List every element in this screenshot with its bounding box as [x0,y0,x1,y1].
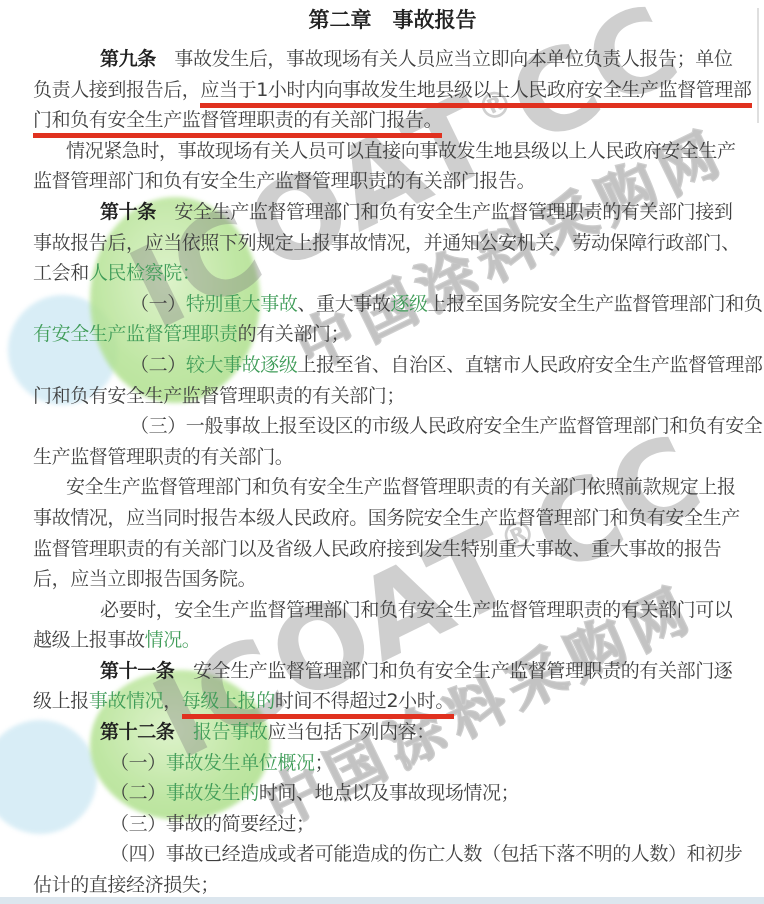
text-line: 事故报告后，应当依照下列规定上报事故情况，并通知公安机关、劳动保障行政部门、 [33,228,752,259]
text-line: （一）特别重大事故、重大事故逐级上报至国务院安全生产监督管理部门和负 [33,289,752,320]
red-underlined-segment: 门和负有安全生产监督管理职责的有关部门报告。 [33,109,442,138]
green-tinted-segment: 报告事故 [193,721,267,743]
text-line: 必要时，安全生产监督管理部门和负有安全生产监督管理职责的有关部门可以 [33,595,752,626]
text-segment: 事故发生后，事故现场有关人员应当立即向本单位负责人报告；单位 [156,48,733,70]
text-segment: （二） [130,354,186,376]
text-segment: 级上报 [33,690,89,712]
text-segment: 后，应当立即报告国务院。 [33,568,256,590]
text-line: 负责人接到报告后，应当于1小时内向事故发生地县级以上人民政府安全生产监督管理部 [33,75,752,106]
text-line: 第九条 事故发生后，事故现场有关人员应当立即向本单位负责人报告；单位 [33,44,752,75]
document-page: ICOAT®CC 中国涂料采购网 ICOAT®CC 中国涂料采购网 第二章 事故… [0,0,764,904]
red-underlined-segment: 每级上报的 [182,690,275,719]
text-line: （三）一般事故上报至设区的市级人民政府安全生产监督管理部门和负有安全 [33,411,752,442]
text-line: （一）事故发生单位概况； [33,748,752,779]
text-line: 后，应当立即报告国务院。 [33,564,752,595]
red-underlined-segment: 应当于1小时内向事故发生地县级以上人民政府安全生产监督管理部 [200,79,751,108]
article-number: 第十二条 [100,721,174,743]
text-segment: （四）事故已经造成或者可能造成的伤亡人数（包括下落不明的人数）和初步 [110,843,742,865]
text-segment: 情况紧急时，事故现场有关人员可以直接向事故发生地县级以上人民政府安全生产 [66,140,736,162]
text-segment: 安全生产监督管理部门和负有安全生产监督管理职责的有关部门依照前款规定上报 [66,476,736,498]
text-segment: ； [315,752,334,774]
text-segment: 负责人接到报告后， [33,79,200,101]
green-tinted-segment: 人民检察院： [89,262,201,284]
text-segment: （三）一般事故上报至设区的市级人民政府安全生产监督管理部门和负有安全 [130,415,762,437]
red-underlined-segment: 时间不得超过2小时。 [275,690,454,719]
text-segment: 越级上报事故 [33,629,145,651]
green-tinted-segment: 事故发生单位概况 [166,752,315,774]
green-tinted-segment: 特别重大事故 [186,293,298,315]
text-segment: ， [163,690,182,712]
text-segment: （一） [110,752,166,774]
text-segment: （一） [130,293,186,315]
article-number: 第十一条 [100,660,174,682]
text-segment: 工会和 [33,262,89,284]
text-segment: 安全生产监督管理部门和负有安全生产监督管理职责的有关部门接到 [156,201,733,223]
text-line: （二）事故发生的时间、地点以及事故现场情况； [33,778,752,809]
text-segment: 上报至国务院安全生产监督管理部门和负 [428,293,763,315]
text-line: 第十一条 安全生产监督管理部门和负有安全生产监督管理职责的有关部门逐 [33,656,752,687]
green-tinted-segment: 情况。 [145,629,201,651]
bottom-strip [0,897,764,904]
text-line: 有安全生产监督管理职责的有关部门； [33,319,752,350]
text-segment: 生产监督管理职责的有关部门。 [33,446,293,468]
text-segment: 门和负有安全生产监督管理职责的有关部门； [33,385,405,407]
text-segment: 应当包括下列内容： [267,721,434,743]
document-content: 第二章 事故报告 第九条 事故发生后，事故现场有关人员应当立即向本单位负责人报告… [0,6,764,901]
text-segment: 监督管理职责的有关部门以及省级人民政府接到发生特别重大事故、重大事故的报告 [33,538,721,560]
text-line: 安全生产监督管理部门和负有安全生产监督管理职责的有关部门依照前款规定上报 [33,472,752,503]
text-segment: （三）事故的简要经过； [110,813,315,835]
text-line: 监督管理职责的有关部门以及省级人民政府接到发生特别重大事故、重大事故的报告 [33,534,752,565]
text-line: 门和负有安全生产监督管理职责的有关部门； [33,381,752,412]
text-segment: 的有关部门； [238,323,350,345]
article-number: 第九条 [100,48,156,70]
green-tinted-segment: 有安全生产监督管理职责 [33,323,238,345]
document-blocks: 第九条 事故发生后，事故现场有关人员应当立即向本单位负责人报告；单位负责人接到报… [33,44,752,901]
text-line: 情况紧急时，事故现场有关人员可以直接向事故发生地县级以上人民政府安全生产 [33,136,752,167]
text-line: 工会和人民检察院： [33,258,752,289]
text-segment: 时间、地点以及事故现场情况； [259,782,519,804]
text-segment: 必要时，安全生产监督管理部门和负有安全生产监督管理职责的有关部门可以 [100,599,732,621]
chapter-title: 第二章 事故报告 [33,6,752,34]
text-line: 门和负有安全生产监督管理职责的有关部门报告。 [33,105,752,136]
text-segment: 事故报告后，应当依照下列规定上报事故情况，并通知公安机关、劳动保障行政部门、 [33,232,740,254]
text-segment: （二） [110,782,166,804]
text-segment: 、重大事故 [297,293,390,315]
green-tinted-segment: 逐级 [390,293,427,315]
text-segment: 估计的直接经济损失； [33,874,219,896]
green-tinted-segment: 事故情况 [89,690,163,712]
text-segment [174,721,193,743]
text-segment: 上报至省、自治区、直辖市人民政府安全生产监督管理部 [297,354,762,376]
text-line: 第十条 安全生产监督管理部门和负有安全生产监督管理职责的有关部门接到 [33,197,752,228]
text-segment: 监督管理部门和负有安全生产监督管理职责的有关部门报告。 [33,170,535,192]
text-line: 级上报事故情况，每级上报的时间不得超过2小时。 [33,686,752,717]
text-segment: 事故情况，应当同时报告本级人民政府。国务院安全生产监督管理部门和负有安全生产 [33,507,740,529]
green-tinted-segment: 较大事故逐级 [186,354,298,376]
article-number: 第十条 [100,201,156,223]
text-segment: 安全生产监督管理部门和负有安全生产监督管理职责的有关部门逐 [174,660,732,682]
text-line: 第十二条 报告事故应当包括下列内容： [33,717,752,748]
text-line: （三）事故的简要经过； [33,809,752,840]
text-line: 监督管理部门和负有安全生产监督管理职责的有关部门报告。 [33,166,752,197]
text-line: （二）较大事故逐级上报至省、自治区、直辖市人民政府安全生产监督管理部 [33,350,752,381]
text-line: （四）事故已经造成或者可能造成的伤亡人数（包括下落不明的人数）和初步 [33,839,752,870]
text-line: 生产监督管理职责的有关部门。 [33,442,752,473]
text-line: 事故情况，应当同时报告本级人民政府。国务院安全生产监督管理部门和负有安全生产 [33,503,752,534]
green-tinted-segment: 事故发生的 [166,782,259,804]
text-line: 越级上报事故情况。 [33,625,752,656]
